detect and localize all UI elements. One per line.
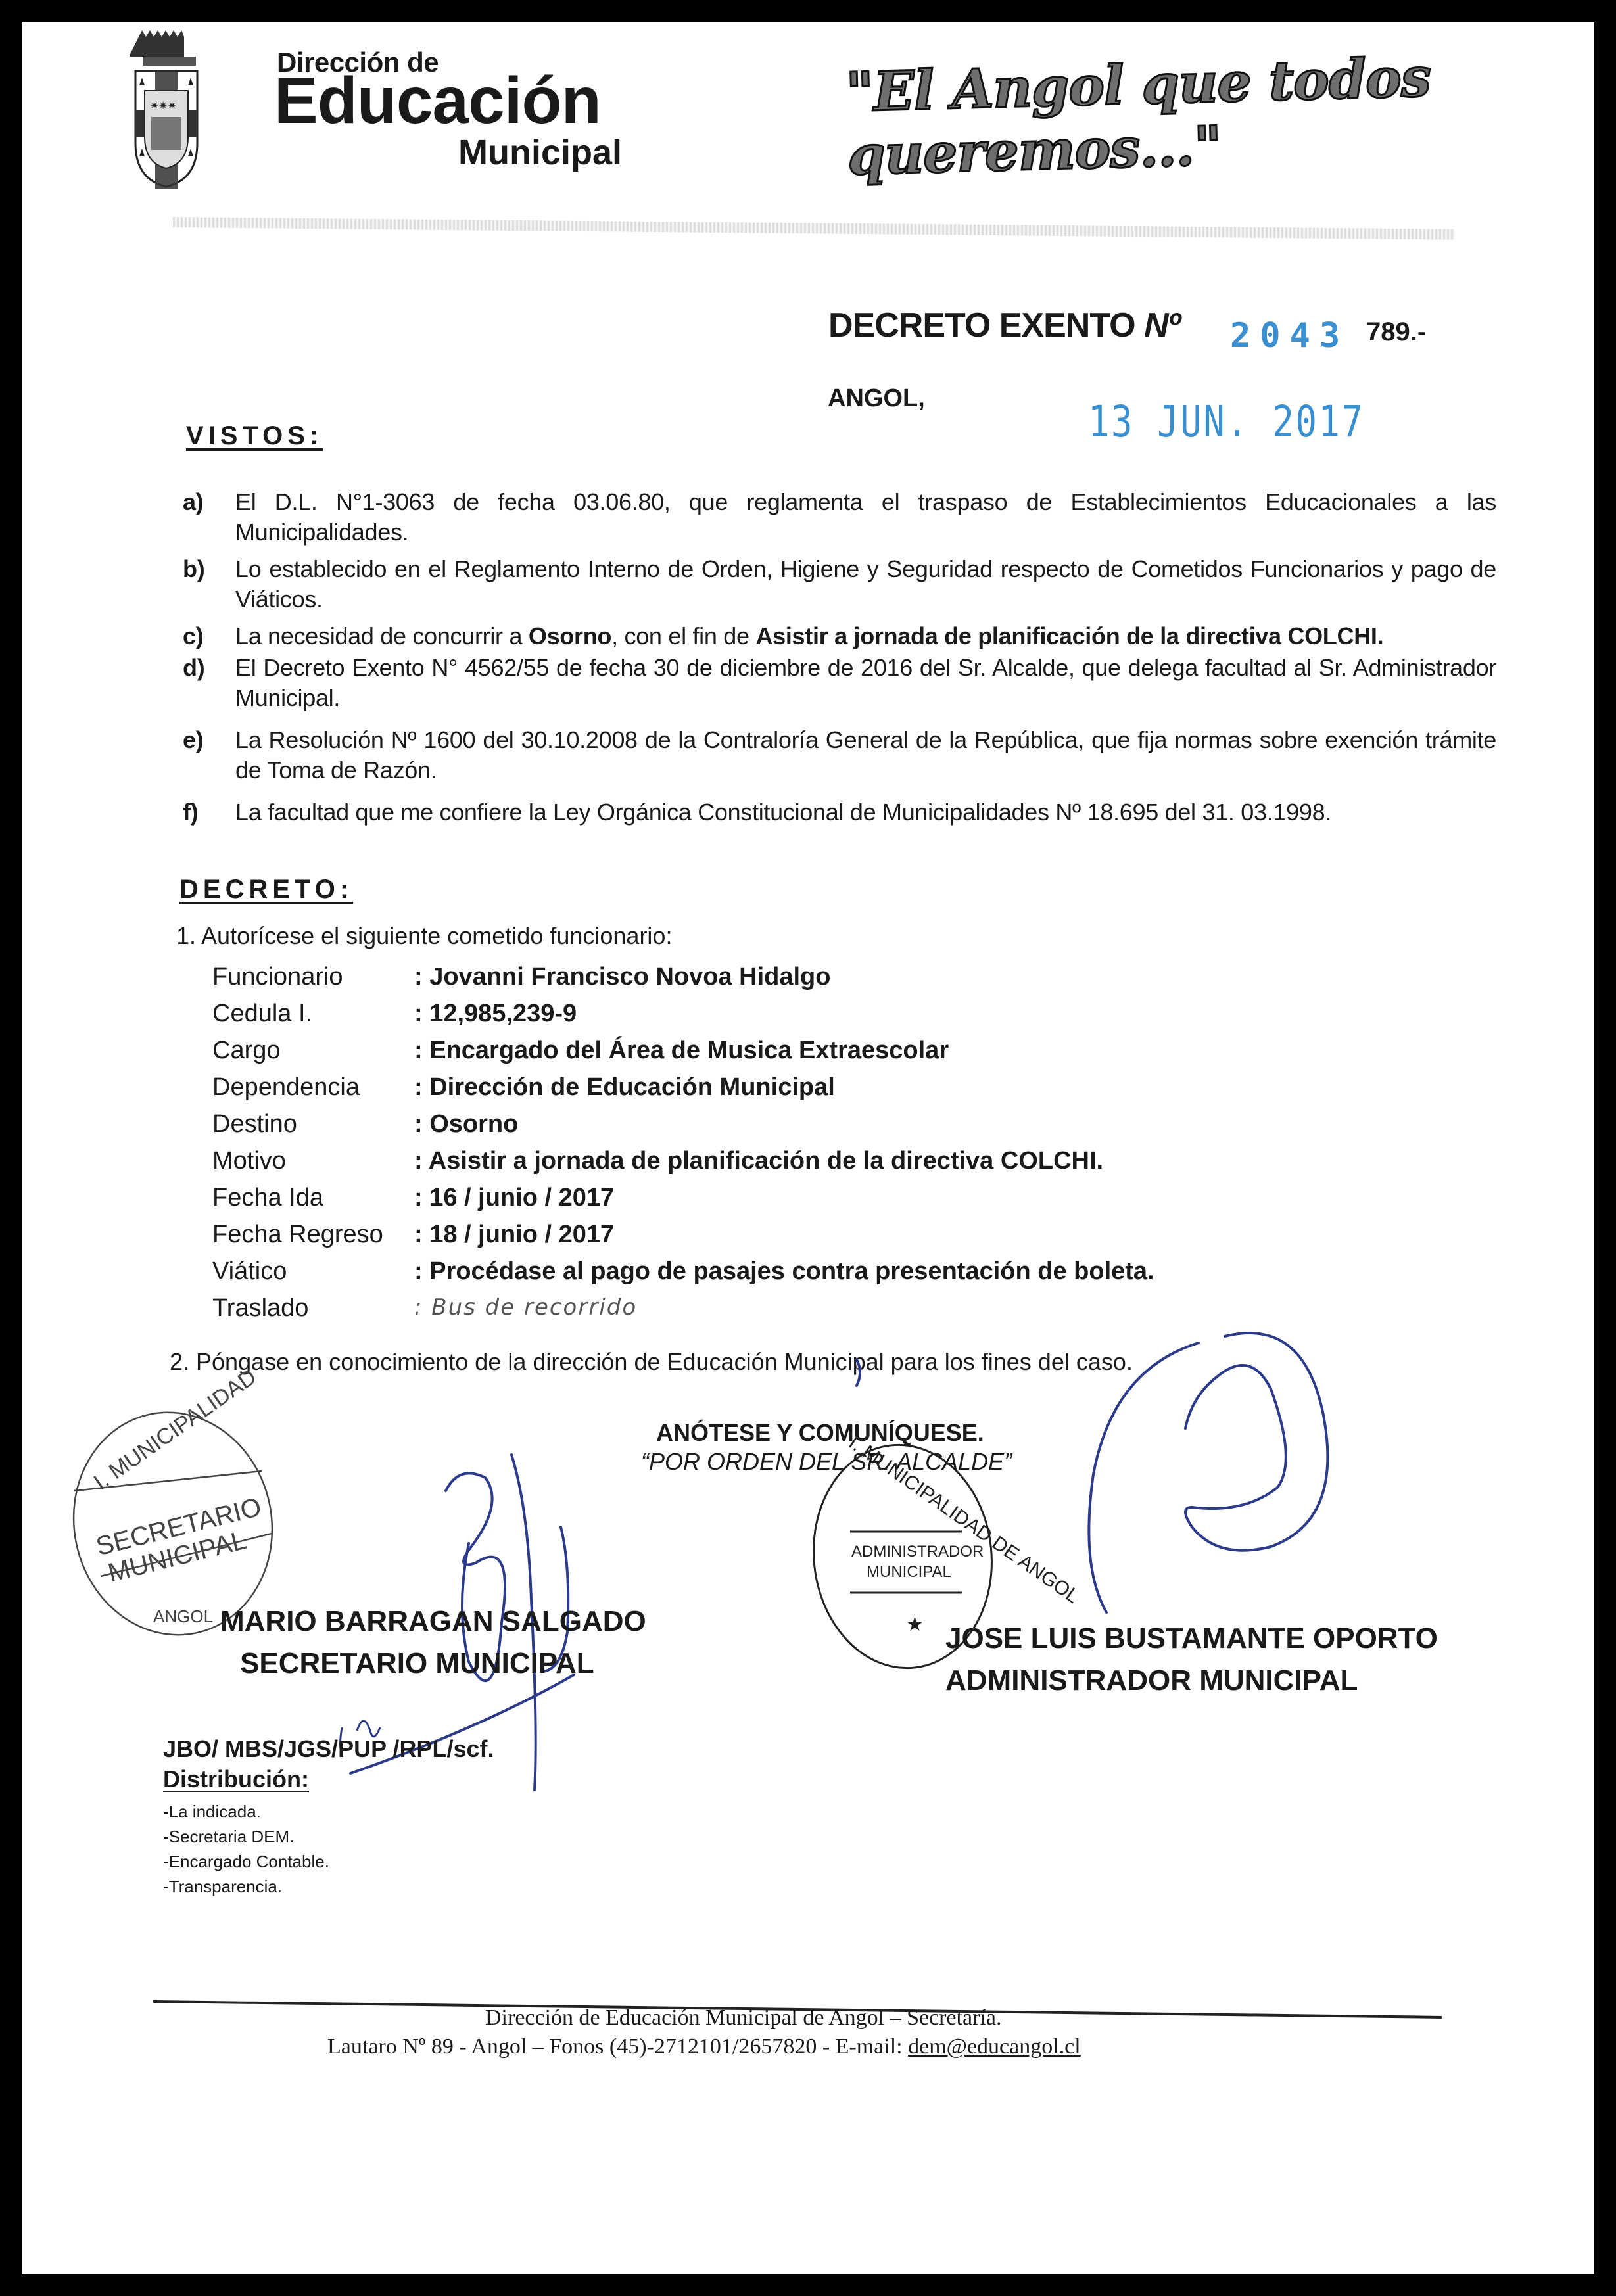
brand-line-2: Educación [274,68,601,133]
distribution-list: -La indicada. -Secretaria DEM. -Encargad… [163,1799,329,1899]
cometido-field-row: Traslado: Bus de recorrido [212,1294,1396,1331]
field-value: : Bus de recorrido [414,1294,637,1321]
document-page: ✷✷✷ Dirección de Educación Municipal "El… [22,22,1594,2274]
header-divider [173,217,1455,240]
signer-left-name: MARIO BARRAGAN SALGADO [220,1601,646,1643]
field-value: : Dirección de Educación Municipal [414,1073,835,1102]
field-value: : Encargado del Área de Musica Extraesco… [414,1037,949,1065]
field-label: Fecha Regreso [212,1221,383,1249]
city: ANGOL, [828,385,925,413]
decreto-point-1: 1. Autorícese el siguiente cometido func… [176,922,672,950]
distribution-item: -La indicada. [163,1799,329,1824]
field-value: : Asistir a jornada de planificación de … [414,1147,1103,1175]
distribution-item: -Transparencia. [163,1874,329,1899]
brand-line-3: Municipal [458,135,622,170]
cometido-field-row: Fecha Regreso: 18 / junio / 2017 [212,1221,1396,1257]
svg-text:SECRETARIO: SECRETARIO [93,1492,264,1561]
distribution-item: -Encargado Contable. [163,1849,329,1874]
decreto-point-2: 2. Póngase en conocimiento de la direcci… [170,1348,1133,1376]
stamped-date: 13 JUN. 2017 [1088,396,1365,447]
svg-text:MUNICIPAL: MUNICIPAL [105,1526,249,1588]
svg-text:★: ★ [906,1614,924,1635]
vistos-item: e) La Resolución Nº 1600 del 30.10.2008 … [183,725,1498,785]
footer-line-1: Dirección de Educación Municipal de Ango… [485,2005,1002,2030]
svg-text:✷✷✷: ✷✷✷ [150,101,176,112]
email-link[interactable]: dem@educangol.cl [908,2034,1081,2059]
svg-text:ANGOL: ANGOL [153,1606,213,1626]
cometido-field-row: Motivo: Asistir a jornada de planificaci… [212,1147,1396,1184]
cometido-field-row: Funcionario: Jovanni Francisco Novoa Hid… [212,963,1396,1000]
field-label: Fecha Ida [212,1184,323,1212]
vistos-item: f) La facultad que me confiere la Ley Or… [183,797,1498,828]
field-value: : 18 / junio / 2017 [414,1221,614,1249]
svg-text:MUNICIPAL: MUNICIPAL [867,1563,951,1581]
field-label: Cedula I. [212,1000,312,1028]
cometido-field-row: Viático: Procédase al pago de pasajes co… [212,1257,1396,1294]
cometido-field-row: Cargo: Encargado del Área de Musica Extr… [212,1037,1396,1073]
field-value: : 12,985,239-9 [414,1000,577,1028]
decreto-heading: DECRETO: [179,875,353,904]
stamped-decree-number: 2043 [1230,316,1349,356]
svg-text:ADMINISTRADOR: ADMINISTRADOR [851,1543,984,1560]
field-label: Funcionario [212,963,343,991]
field-label: Viático [212,1257,287,1286]
motto: "El Angol que todos queremos..." [845,41,1596,187]
signer-right-role: ADMINISTRADOR MUNICIPAL [945,1660,1438,1702]
vistos-item: d) El Decreto Exento N° 4562/55 de fecha… [183,653,1498,713]
cometido-field-row: Dependencia: Dirección de Educación Muni… [212,1073,1396,1110]
field-value: : 16 / junio / 2017 [414,1184,614,1212]
municipal-crest-icon: ✷✷✷ [130,25,202,189]
field-value: : Procédase al pago de pasajes contra pr… [414,1257,1154,1286]
cometido-field-row: Cedula I.: 12,985,239-9 [212,1000,1396,1037]
field-value: : Osorno [414,1110,518,1138]
field-value: : Jovanni Francisco Novoa Hidalgo [414,963,830,991]
cometido-fields: Funcionario: Jovanni Francisco Novoa Hid… [212,963,1396,1344]
signer-right: JOSE LUIS BUSTAMANTE OPORTO ADMINISTRADO… [945,1618,1438,1702]
field-label: Cargo [212,1037,281,1065]
vistos-item: b) Lo establecido en el Reglamento Inter… [183,554,1498,615]
vistos-item: a) El D.L. N°1-3063 de fecha 03.06.80, q… [183,487,1498,548]
cometido-field-row: Fecha Ida: 16 / junio / 2017 [212,1184,1396,1221]
vistos-item: c) La necesidad de concurrir a Osorno, c… [183,621,1498,651]
signer-right-name: JOSE LUIS BUSTAMANTE OPORTO [945,1618,1438,1660]
distribution-heading: Distribución: [163,1766,309,1793]
distribution-item: -Secretaria DEM. [163,1824,329,1849]
vistos-heading: VISTOS: [186,421,323,451]
signer-left-role: SECRETARIO MUNICIPAL [240,1643,646,1685]
decree-number-suffix: 789.- [1366,317,1426,347]
signer-left: MARIO BARRAGAN SALGADO SECRETARIO MUNICI… [220,1601,646,1685]
field-label: Destino [212,1110,297,1138]
footer-line-2: Lautaro Nº 89 - Angol – Fonos (45)-27121… [327,2034,1081,2059]
field-label: Dependencia [212,1073,360,1102]
svg-text:I. MUNICIPALIDAD: I. MUNICIPALIDAD [89,1365,261,1495]
anotese-text: ANÓTESE Y COMUNÍQUESE. [656,1419,984,1447]
cometido-field-row: Destino: Osorno [212,1110,1396,1147]
field-label: Traslado [212,1294,308,1323]
decree-title: DECRETO EXENTO Nº [828,306,1180,345]
field-label: Motivo [212,1147,286,1175]
por-orden-text: “POR ORDEN DEL SR. ALCALDE” [641,1448,1012,1476]
initials: JBO/ MBS/JGS/PUP /RPL/scf. [163,1735,494,1763]
